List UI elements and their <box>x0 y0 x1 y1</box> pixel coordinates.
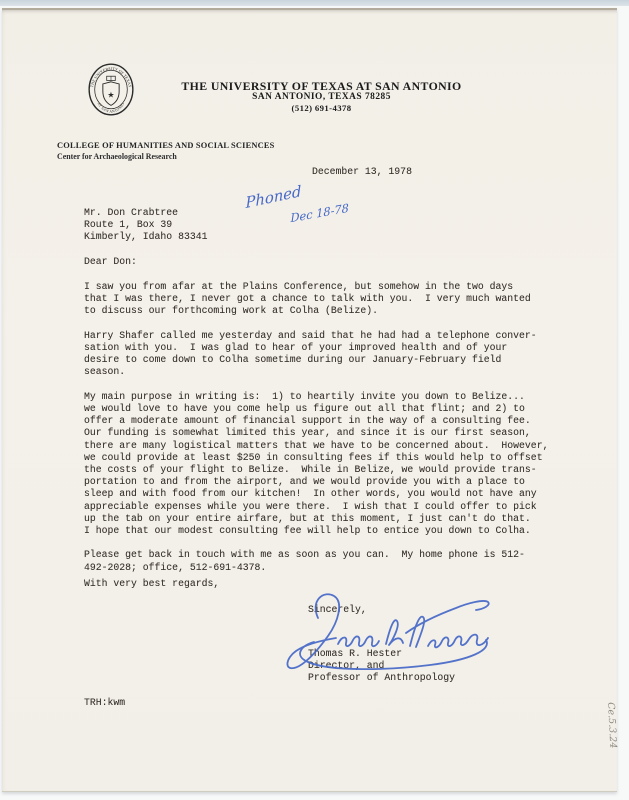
signature-ink <box>280 588 495 676</box>
letter-paper: THE UNIVERSITY OF TEXAS AT SAN ANTONIO ★… <box>2 8 617 792</box>
phoned-annotation-date: Dec 18-78 <box>290 201 349 225</box>
letterhead-address: SAN ANTONIO, TEXAS 78285 <box>14 92 629 102</box>
catalog-annotation: Ce.5.3.24 <box>605 702 618 749</box>
recipient-address: Mr. Don Crabtree Route 1, Box 39 Kimberl… <box>84 207 207 244</box>
letterhead-center-line: Center for Archaeological Research <box>57 152 177 161</box>
scanned-letter-page: THE UNIVERSITY OF TEXAS AT SAN ANTONIO ★… <box>0 0 629 800</box>
letterhead-college-line: COLLEGE OF HUMANITIES AND SOCIAL SCIENCE… <box>57 141 275 150</box>
letter-date: December 13, 1978 <box>312 166 412 178</box>
phoned-annotation-word: Phoned <box>245 182 301 212</box>
scanner-edge-strip <box>0 0 629 6</box>
typist-initials: TRH:kwm <box>84 697 125 709</box>
letter-body: I saw you from afar at the Plains Confer… <box>84 281 548 574</box>
letterhead-phone: (512) 691-4378 <box>14 103 629 113</box>
closing-line: With very best regards, <box>84 578 219 590</box>
salutation: Dear Don: <box>84 256 137 268</box>
